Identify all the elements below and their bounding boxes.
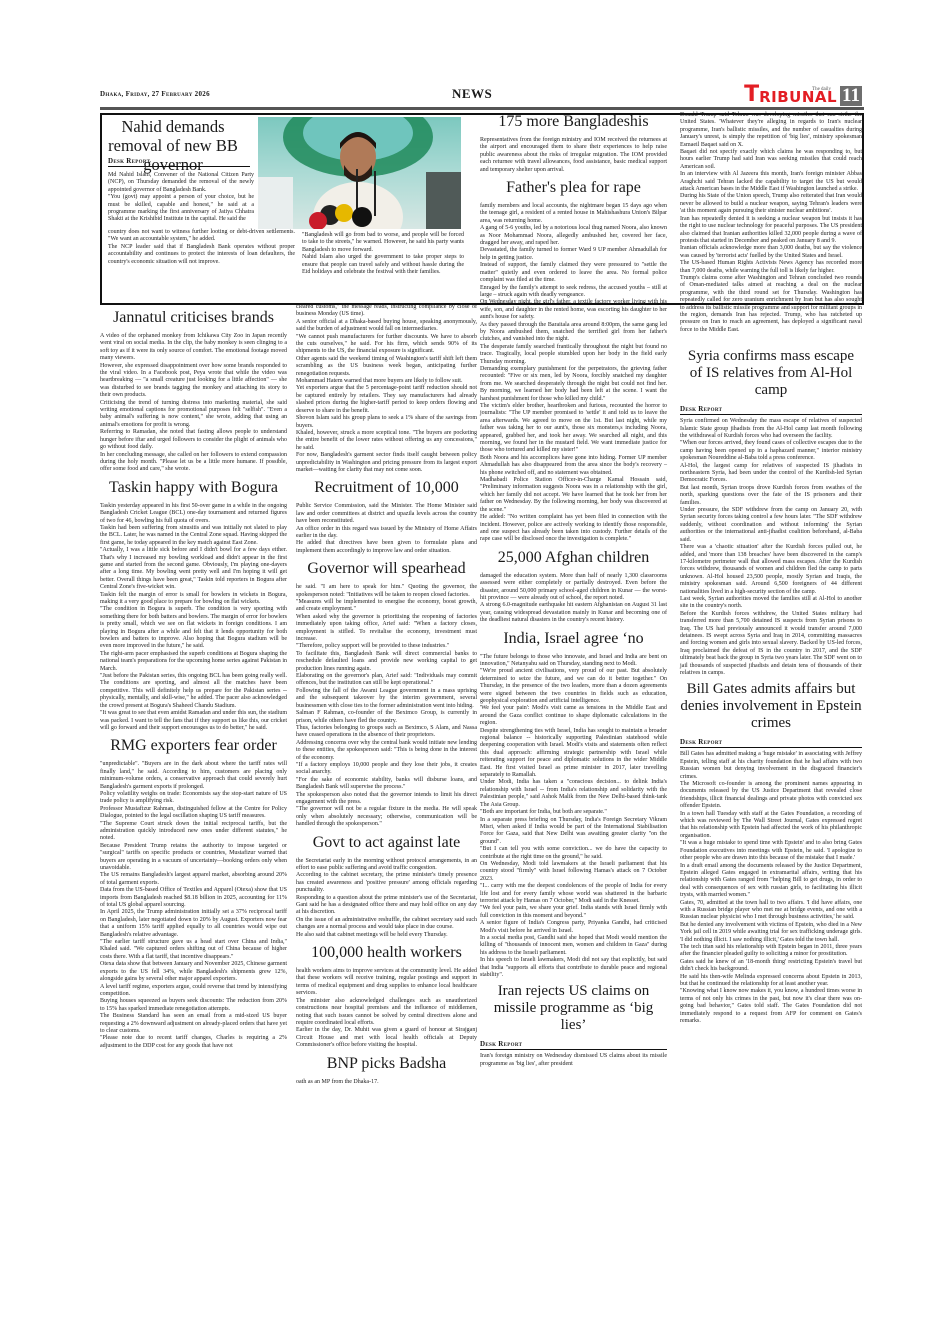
story-india-israel: "The future belongs to those who innovat… xyxy=(480,654,667,980)
headline-fathers-plea: Father's plea for rape xyxy=(480,178,667,197)
tribunal-logo: T The daily RIBUNAL 11 xyxy=(744,82,862,106)
headline-govt-act: Govt to act against late xyxy=(296,833,477,852)
column-4: Donald Trump said Tehran was developing … xyxy=(680,112,862,1025)
lead-kicker: Desk Report xyxy=(108,157,250,167)
logo-tagline: The daily xyxy=(812,81,831,99)
headline-bnp: BNP picks Badsha xyxy=(296,1054,477,1073)
story-iran-continued: Donald Trump said Tehran was developing … xyxy=(680,112,862,334)
column-1: Jannatul criticises brands A video of th… xyxy=(100,304,287,1050)
headline-afghan-children: 25,000 Afghan children xyxy=(480,548,667,567)
headline-jannatul: Jannatul criticises brands xyxy=(100,308,287,327)
lead-body-right: "Bangladesh will go from bad to worse, a… xyxy=(302,232,464,276)
headline-india-israel: India, Israel agree ‘no xyxy=(480,629,667,648)
lead-body-left: Md Nahid Islam, Convener of the National… xyxy=(108,172,254,224)
headline-bill-gates: Bill Gates admits affairs but denies inv… xyxy=(680,681,862,732)
story-bill-gates: Bill Gates has admitted making a 'huge m… xyxy=(680,751,862,1025)
headline-syria: Syria confirms mass escape of IS relativ… xyxy=(680,348,862,399)
headline-175-bangladeshis: 175 more Bangladeshis xyxy=(480,112,667,131)
story-rmg: "unpredictable". "Buyers are in the dark… xyxy=(100,761,287,1050)
story-governor: he said. "I am here to speak for him." Q… xyxy=(296,584,477,828)
lead-photo xyxy=(258,117,461,229)
gates-kicker: Desk Report xyxy=(680,738,862,748)
story-bnp: oath as an MP from the Dhaka-17. xyxy=(296,1079,477,1086)
syria-kicker: Desk Report xyxy=(680,405,862,415)
story-health-workers: health workers aims to improve services … xyxy=(296,968,477,1049)
section-label: NEWS xyxy=(452,86,492,102)
story-recruitment: Public Service Commission, said the Mini… xyxy=(296,503,477,555)
headline-recruitment: Recruitment of 10,000 xyxy=(296,478,477,497)
page-number: 11 xyxy=(840,86,862,106)
headline-rmg: RMG exporters fear order xyxy=(100,736,287,755)
story-taskin: Taskin yesterday appeared in his first 5… xyxy=(100,503,287,733)
column-2: cleared customs," the message reads, ins… xyxy=(296,304,477,1086)
logo-mark: T xyxy=(744,84,759,106)
headline-governor: Governor will spearhead xyxy=(296,559,477,578)
dateline: Dhaka, Friday, 27 February 2026 xyxy=(100,90,210,98)
newspaper-page: Dhaka, Friday, 27 February 2026 NEWS T T… xyxy=(100,82,864,110)
speaker-photo-icon xyxy=(258,117,461,229)
story-syria: Syria confirmed on Wednesday the mass es… xyxy=(680,418,862,677)
story-jannatul: A video of the orphaned monkey from Ichi… xyxy=(100,333,287,474)
story-rmg-continued: cleared customs," the message reads, ins… xyxy=(296,304,477,474)
column-3: 175 more Bangladeshis Representatives fr… xyxy=(480,104,667,1068)
story-fathers-plea: family members and local accounts, the n… xyxy=(480,203,667,544)
story-iran-rejects: Iran's foreign ministry on Wednesday dis… xyxy=(480,1053,667,1068)
story-175-bangladeshis: Representatives from the foreign ministr… xyxy=(480,137,667,174)
story-afghan-children: damaged the education system. More than … xyxy=(480,573,667,625)
iran-kicker: Desk Report xyxy=(480,1040,667,1050)
logo-name: The daily RIBUNAL xyxy=(759,88,837,106)
headline-taskin: Taskin happy with Bogura xyxy=(100,478,287,497)
lead-body-bottom-left: country does not want to witness further… xyxy=(108,229,295,266)
headline-iran-rejects: Iran rejects US claims on missile progra… xyxy=(480,983,667,1034)
story-govt-act: the Secretariat early in the morning wit… xyxy=(296,858,477,939)
headline-health-workers: 100,000 health workers xyxy=(296,943,477,962)
